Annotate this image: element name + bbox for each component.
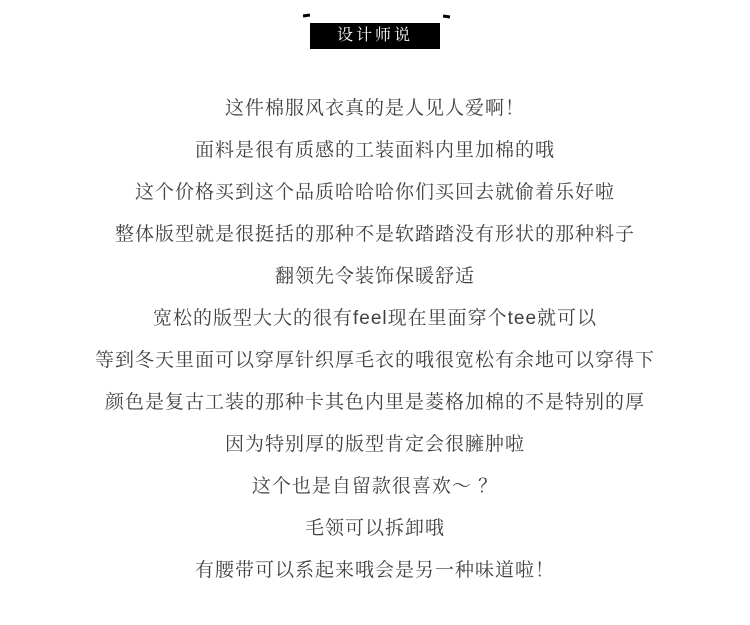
description-line: 这个价格买到这个品质哈哈哈你们买回去就偷着乐好啦 [0,172,750,214]
section-header: 设计师说 [0,23,750,49]
badge-corner-accent-right-icon [443,15,450,19]
section-title-badge: 设计师说 [310,23,440,49]
badge-corner-accent-left-icon [303,14,310,18]
description-line: 颜色是复古工装的那种卡其色内里是菱格加棉的不是特别的厚 [0,382,750,424]
description-line: 等到冬天里面可以穿厚针织厚毛衣的哦很宽松有余地可以穿得下 [0,340,750,382]
designer-notes-section: 设计师说 这件棉服风衣真的是人见人爱啊！ 面料是很有质感的工装面料内里加棉的哦 … [0,0,750,625]
description-line: 这件棉服风衣真的是人见人爱啊！ [0,88,750,130]
description-line: 毛领可以拆卸哦 [0,508,750,550]
description-line: 翻领先令装饰保暖舒适 [0,256,750,298]
description-line: 有腰带可以系起来哦会是另一种味道啦！ [0,550,750,592]
description-line: 整体版型就是很挺括的那种不是软踏踏没有形状的那种料子 [0,214,750,256]
description-line: 面料是很有质感的工装面料内里加棉的哦 [0,130,750,172]
description-line: 宽松的版型大大的很有feel现在里面穿个tee就可以 [0,298,750,340]
designer-notes-text: 这件棉服风衣真的是人见人爱啊！ 面料是很有质感的工装面料内里加棉的哦 这个价格买… [0,88,750,592]
description-line: 因为特别厚的版型肯定会很臃肿啦 [0,424,750,466]
description-line: 这个也是自留款很喜欢～ ？ [0,466,750,508]
